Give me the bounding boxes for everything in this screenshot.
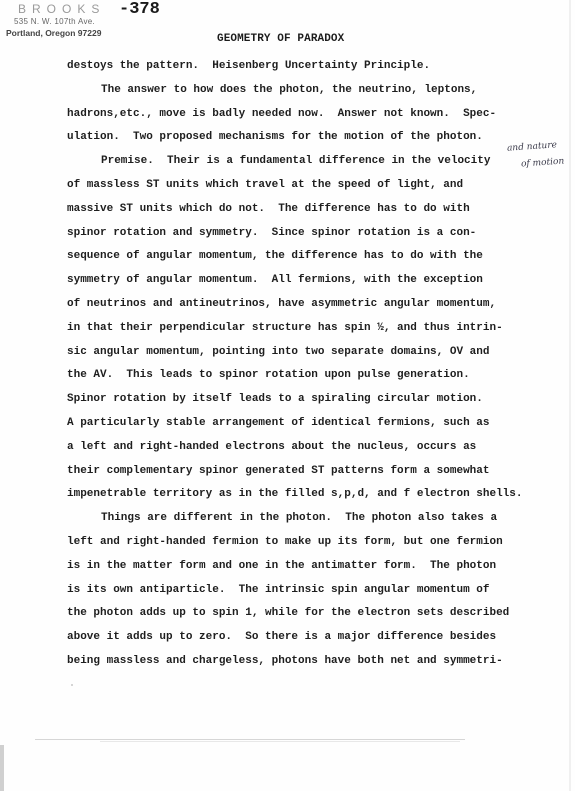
scan-right-edge — [569, 0, 571, 791]
page-number: -378 — [119, 0, 160, 19]
scan-speck — [71, 684, 73, 686]
text-line: sic angular momentum, pointing into two … — [67, 341, 567, 365]
text-line: in that their perpendicular structure ha… — [67, 317, 567, 341]
text-line: Spinor rotation by itself leads to a spi… — [67, 388, 567, 412]
text-line: a left and right-handed electrons about … — [67, 436, 567, 460]
document-page: BROOKS -378 535 N. W. 107th Ave. Portlan… — [0, 0, 575, 791]
text-line: sequence of angular momentum, the differ… — [67, 245, 567, 269]
text-line: The answer to how does the photon, the n… — [67, 79, 567, 103]
text-line: of neutrinos and antineutrinos, have asy… — [67, 293, 567, 317]
text-line: massive ST units which do not. The diffe… — [67, 198, 567, 222]
text-line: is in the matter form and one in the ant… — [67, 555, 567, 579]
scan-edge-line-secondary — [100, 741, 460, 742]
text-line: left and right-handed fermion to make up… — [67, 531, 567, 555]
text-line: A particularly stable arrangement of ide… — [67, 412, 567, 436]
text-line: impenetrable territory as in the filled … — [67, 483, 567, 507]
document-body: destoys the pattern. Heisenberg Uncertai… — [67, 55, 567, 674]
text-line: ulation. Two proposed mechanisms for the… — [67, 126, 567, 150]
stamp-name: BROOKS — [18, 2, 105, 16]
text-line: spinor rotation and symmetry. Since spin… — [67, 222, 567, 246]
text-line: their complementary spinor generated ST … — [67, 460, 567, 484]
text-line: Things are different in the photon. The … — [67, 507, 567, 531]
scan-edge-line — [35, 739, 465, 740]
text-line: being massless and chargeless, photons h… — [67, 650, 567, 674]
text-line: of massless ST units which travel at the… — [67, 174, 567, 198]
scan-left-edge — [0, 745, 4, 791]
text-line: symmetry of angular momentum. All fermio… — [67, 269, 567, 293]
text-line: Premise. Their is a fundamental differen… — [67, 150, 567, 174]
text-line: the photon adds up to spin 1, while for … — [67, 602, 567, 626]
text-line: is its own antiparticle. The intrinsic s… — [67, 579, 567, 603]
text-line: above it adds up to zero. So there is a … — [67, 626, 567, 650]
text-line: hadrons,etc., move is badly needed now. … — [67, 103, 567, 127]
stamp-address: 535 N. W. 107th Ave. — [14, 17, 95, 26]
text-line: destoys the pattern. Heisenberg Uncertai… — [67, 55, 567, 79]
document-title: GEOMETRY OF PARADOX — [217, 33, 344, 45]
text-line: the AV. This leads to spinor rotation up… — [67, 364, 567, 388]
stamp-city: Portland, Oregon 97229 — [6, 28, 101, 38]
